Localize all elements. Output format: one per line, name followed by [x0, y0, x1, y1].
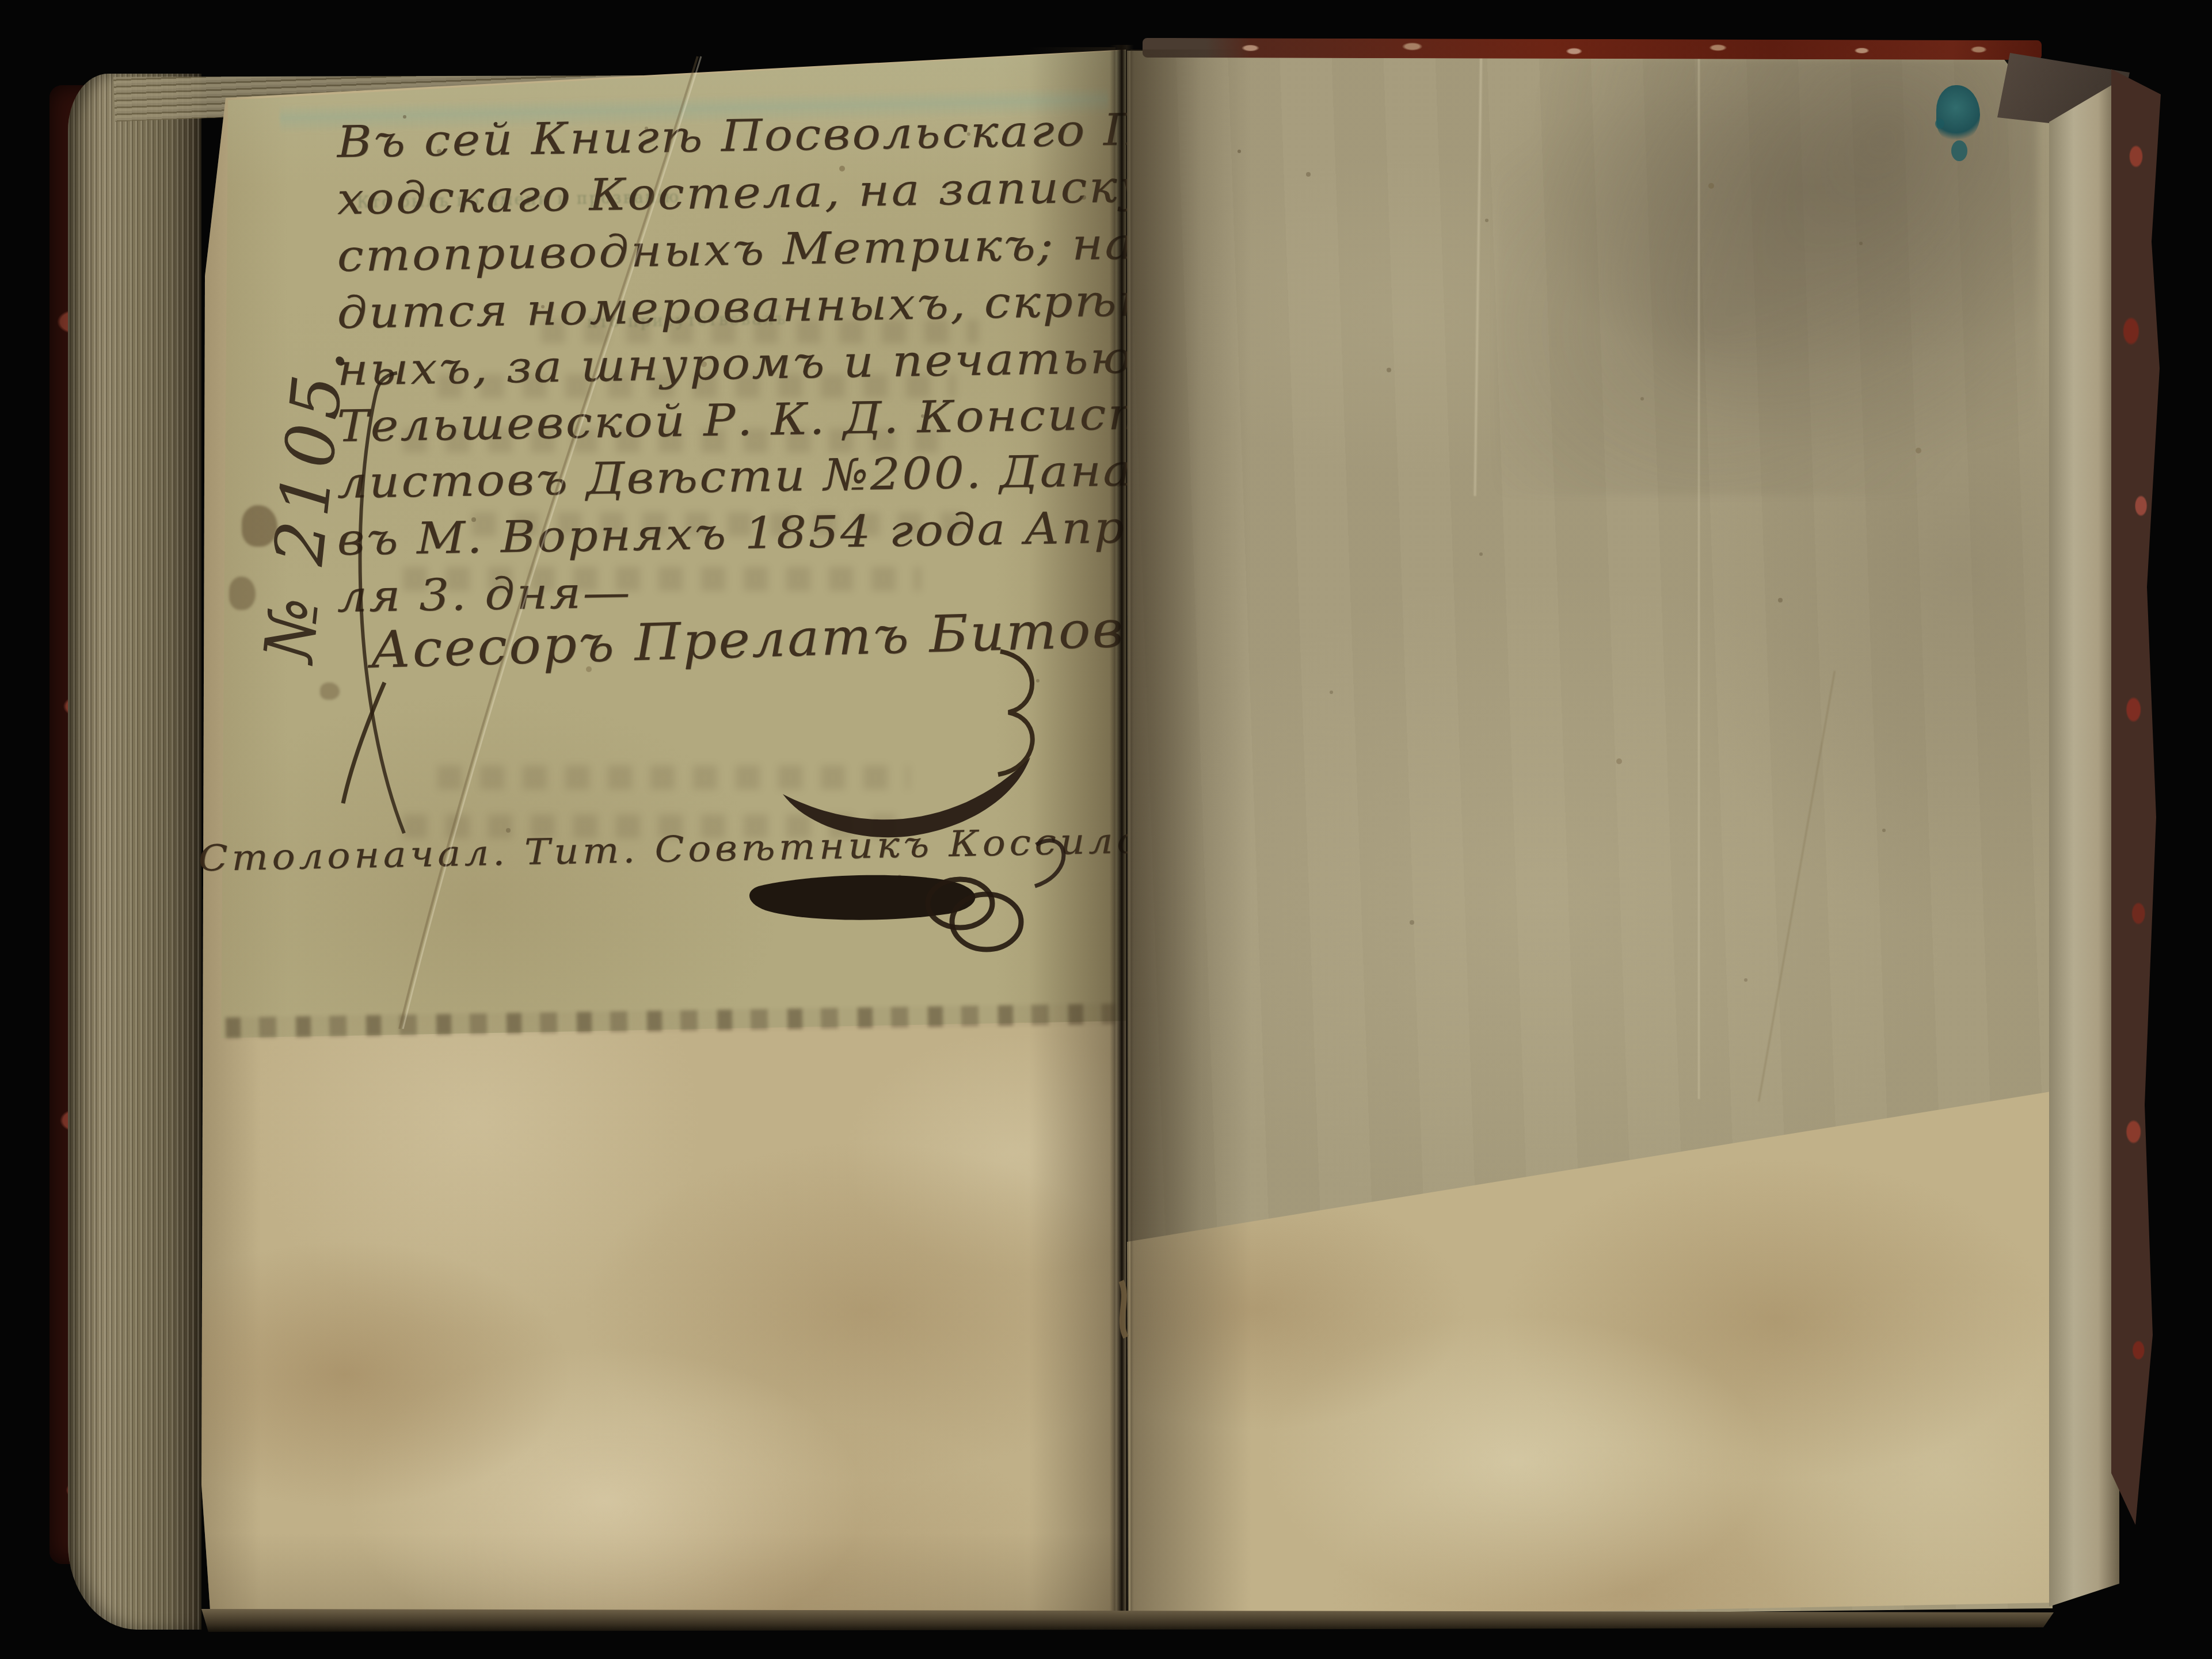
- paper-crease: [1698, 52, 1700, 1099]
- book-gutter: [1110, 45, 1134, 1622]
- book-bottom-edge: [201, 1609, 2054, 1632]
- blue-ink-stain: [1936, 85, 1980, 142]
- ink-stain: [229, 577, 256, 610]
- ink-stain: [242, 505, 277, 547]
- blue-ink-stain: [1935, 119, 1944, 129]
- blue-ink-stain: [1951, 140, 1967, 161]
- manuscript-line: ля 3. дня—: [337, 568, 632, 621]
- book-cover-right-marbled: [2111, 69, 2161, 1525]
- page-edges-stack-left: [68, 74, 201, 1630]
- gutter-shadow: [1130, 49, 1251, 1619]
- open-register-book-photo: Кто былъ по имени и прозванію кто присут…: [0, 0, 2212, 1659]
- paper-speckles: [403, 115, 406, 119]
- ink-stain: [320, 682, 340, 700]
- ink-showthrough: [437, 765, 909, 790]
- cover-edge-top-strip: [1143, 38, 2042, 60]
- flyleaf-edge-strip: [2049, 81, 2119, 1607]
- gutter-shadow: [1029, 47, 1115, 1622]
